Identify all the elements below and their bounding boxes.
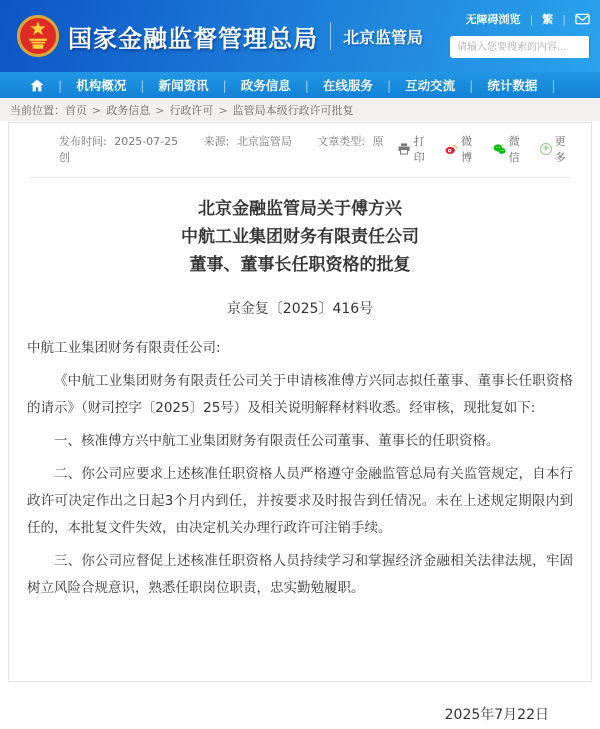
- body-paragraph: 《中航工业集团财务有限责任公司关于申请核准傅方兴同志拟任董事、董事长任职资格的请…: [27, 368, 573, 422]
- site-title: 国家金融监督管理总局: [68, 19, 318, 54]
- body-paragraph: 一、核准傅方兴中航工业集团财务有限责任公司董事、董事长的任职资格。: [27, 428, 573, 455]
- breadcrumb-separator: >: [155, 104, 164, 117]
- mail-icon[interactable]: [575, 13, 590, 25]
- breadcrumb-label: 当前位置：: [10, 102, 65, 118]
- nav-item-3[interactable]: 政务信息: [241, 78, 291, 93]
- article-meta: 发布时间: 2025-07-25 来源: 北京监管局 文章类型: 原创: [59, 133, 398, 165]
- plus-circle-icon: +: [540, 143, 551, 155]
- site-header: 国家金融监督管理总局 北京监管局 无障碍浏览 | 繁 |: [0, 0, 600, 72]
- search-box: [450, 36, 590, 58]
- share-toolbar: 打印 微博 微信 +: [398, 133, 575, 165]
- nav-item-5[interactable]: 互动交流: [405, 78, 455, 93]
- nav-item-4[interactable]: 在线服务: [323, 78, 373, 93]
- nav-separator: |: [140, 78, 144, 93]
- nav-separator: |: [387, 78, 391, 93]
- breadcrumb-separator: >: [218, 104, 227, 117]
- salutation: 中航工业集团财务有限责任公司:: [27, 335, 573, 362]
- search-input[interactable]: [450, 36, 589, 58]
- search-button[interactable]: [589, 36, 590, 58]
- source-label: 来源:: [204, 135, 230, 148]
- article-type-label: 文章类型:: [317, 135, 365, 148]
- nav-separator: |: [305, 78, 309, 93]
- top-links-separator: |: [562, 13, 566, 26]
- search-icon: [589, 41, 590, 53]
- top-links-separator: |: [530, 13, 534, 26]
- document-body: 中航工业集团财务有限责任公司: 《中航工业集团财务有限责任公司关于申请核准傅方兴…: [9, 335, 591, 652]
- home-icon[interactable]: [30, 79, 44, 92]
- nav-separator: |: [58, 78, 62, 93]
- document-title-line: 董事、董事长任职资格的批复: [9, 251, 591, 279]
- national-emblem-icon: [16, 14, 60, 58]
- printer-icon: [398, 143, 410, 155]
- print-button[interactable]: 打印: [398, 133, 434, 165]
- header-divider: [330, 22, 331, 50]
- meta-divider: [29, 177, 571, 178]
- breadcrumb-separator: >: [92, 104, 101, 117]
- wechat-icon: [493, 143, 506, 155]
- header-right: 无障碍浏览 | 繁 |: [450, 11, 590, 58]
- breadcrumb-item-4[interactable]: 监管局本级行政许可批复: [233, 104, 354, 117]
- weibo-icon: [445, 143, 458, 155]
- nav-item-2[interactable]: 新闻资讯: [158, 78, 208, 93]
- breadcrumb: 当前位置： 首页>政务信息>行政许可>监管局本级行政许可批复: [0, 98, 600, 121]
- publish-date: 2025-07-25: [114, 135, 178, 148]
- body-paragraph: 二、你公司应要求上述核准任职资格人员严格遵守金融监管总局有关监管规定，自本行政许…: [27, 461, 573, 542]
- source-value: 北京监管局: [237, 135, 292, 148]
- nav-separator: |: [469, 78, 473, 93]
- main-nav-items: |机构概况|新闻资讯|政务信息|在线服务|互动交流|统计数据|: [44, 76, 570, 94]
- document-title-line: 北京金融监管局关于傅方兴: [9, 195, 591, 223]
- breadcrumb-item-1[interactable]: 首页: [65, 104, 87, 117]
- breadcrumb-item-2[interactable]: 政务信息: [106, 104, 150, 117]
- nav-item-6[interactable]: 统计数据: [487, 78, 537, 93]
- wechat-share-button[interactable]: 微信: [493, 133, 530, 165]
- document-number: 京金复〔2025〕416号: [9, 298, 591, 318]
- nav-item-1[interactable]: 机构概况: [76, 78, 126, 93]
- branch-title: 北京监管局: [343, 25, 423, 48]
- nav-separator: |: [551, 78, 555, 93]
- article-meta-row: 发布时间: 2025-07-25 来源: 北京监管局 文章类型: 原创 打印: [9, 123, 591, 173]
- main-nav: |机构概况|新闻资讯|政务信息|在线服务|互动交流|统计数据|: [0, 72, 600, 98]
- article-panel: 发布时间: 2025-07-25 来源: 北京监管局 文章类型: 原创 打印: [8, 122, 592, 652]
- document-title: 北京金融监管局关于傅方兴中航工业集团财务有限责任公司董事、董事长任职资格的批复: [9, 195, 591, 279]
- breadcrumb-item-3[interactable]: 行政许可: [169, 104, 213, 117]
- traditional-chinese-link[interactable]: 繁: [542, 11, 553, 27]
- body-paragraph: 三、你公司应督促上述核准任职资格人员持续学习和掌握经济金融相关法律法规，牢固树立…: [27, 548, 573, 602]
- publish-date-label: 发布时间:: [59, 135, 107, 148]
- nav-separator: |: [222, 78, 226, 93]
- accessibility-link[interactable]: 无障碍浏览: [466, 11, 521, 27]
- document-title-line: 中航工业集团财务有限责任公司: [9, 223, 591, 251]
- more-share-button[interactable]: + 更多: [540, 133, 575, 165]
- weibo-share-button[interactable]: 微博: [445, 133, 482, 165]
